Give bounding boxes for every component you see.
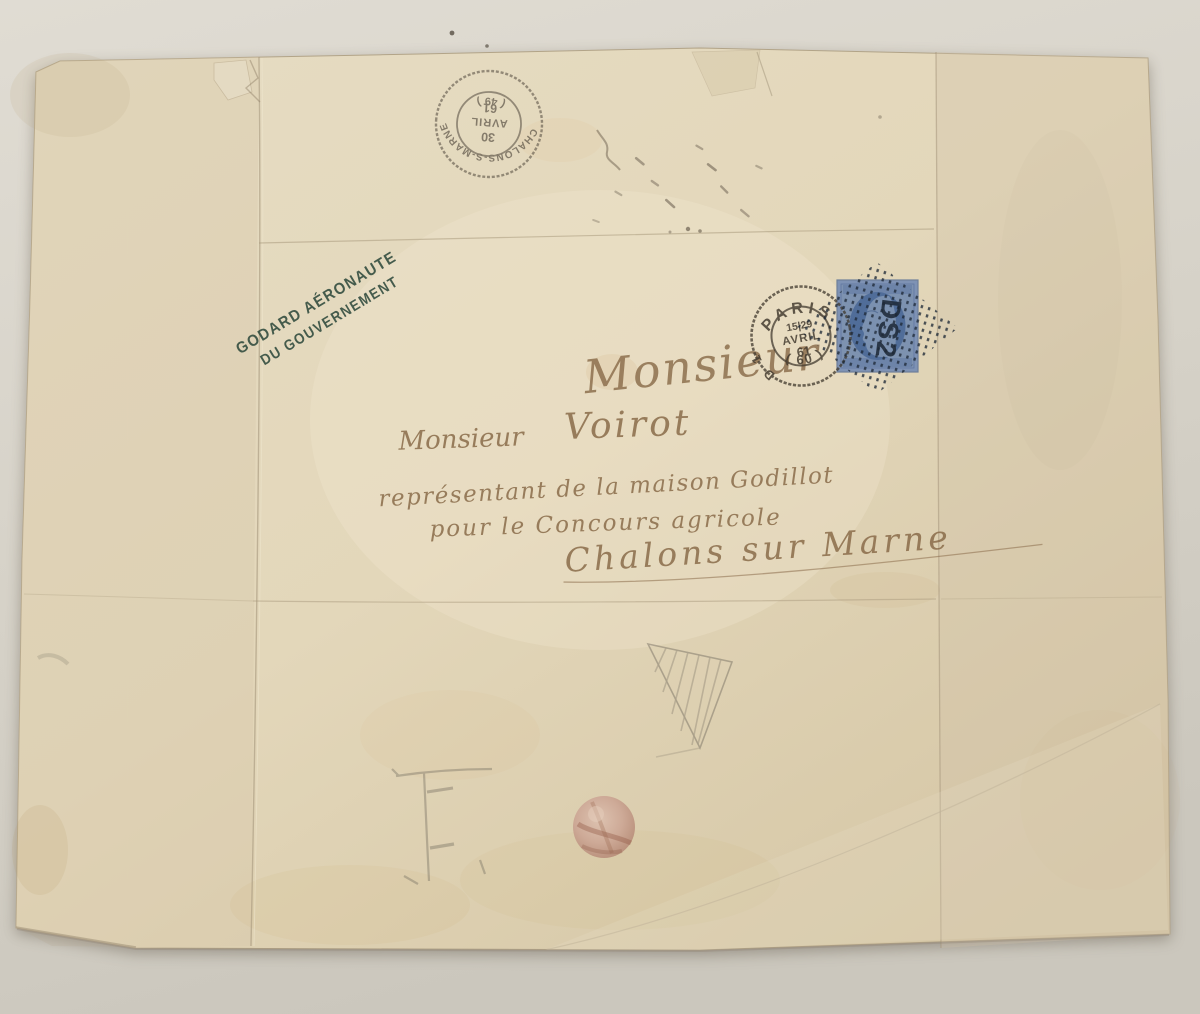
paris-year: 61 [796,344,812,360]
arrival-day: 30 [481,129,496,144]
wax-seal [573,796,635,858]
letter-photo-canvas: Monsieur Monsieur Voirot représentant de… [0,0,1200,1014]
address-name: Voirot [563,403,692,448]
arrival-year: 61 [483,101,498,116]
address-title: Monsieur [397,422,526,456]
letter-photo: Monsieur Monsieur Voirot représentant de… [0,0,1200,1014]
